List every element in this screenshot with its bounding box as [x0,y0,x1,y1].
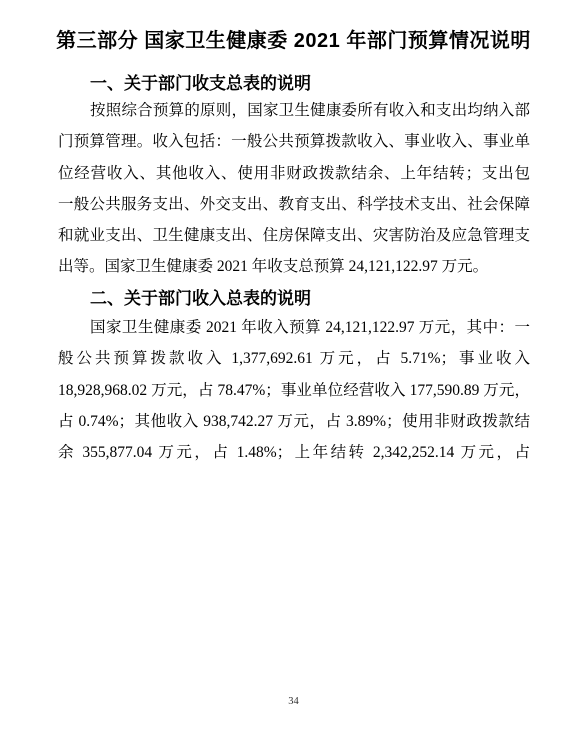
text-line: 出等。国家卫生健康委 2021 年收支总预算 24,121,122.97 万元。 [58,251,530,282]
text-line: 占 0.74%；其他收入 938,742.27 万元，占 3.89%；使用非财政… [58,406,530,437]
document-title: 第三部分 国家卫生健康委 2021 年部门预算情况说明 [0,26,587,57]
page-number: 34 [0,694,587,710]
paragraph-budget-overview: 按照综合预算的原则，国家卫生健康委所有收入和支出均纳入部 门预算管理。收入包括：… [58,95,530,283]
text-line: 位经营收入、其他收入、使用非财政拨款结余、上年结转；支出包括： [58,158,530,189]
text-line: 国家卫生健康委 2021 年收入预算 24,121,122.97 万元，其中：一 [58,312,530,343]
paragraph-income-overview: 国家卫生健康委 2021 年收入预算 24,121,122.97 万元，其中：一… [58,312,530,468]
text-line: 18,928,968.02 万元，占 78.47%；事业单位经营收入 177,5… [58,375,530,406]
text-line: 余 355,877.04 万元，占 1.48%；上年结转 2,342,252.1… [58,437,530,468]
section-heading-2: 二、关于部门收入总表的说明 [58,283,530,314]
document-page: 第三部分 国家卫生健康委 2021 年部门预算情况说明 一、关于部门收支总表的说… [0,0,587,736]
text-line: 和就业支出、卫生健康支出、住房保障支出、灾害防治及应急管理支 [58,220,530,251]
text-line: 一般公共服务支出、外交支出、教育支出、科学技术支出、社会保障 [58,189,530,220]
text-line: 按照综合预算的原则，国家卫生健康委所有收入和支出均纳入部 [58,95,530,126]
text-line: 般公共预算拨款收入 1,377,692.61 万元，占 5.71%；事业收入 [58,343,530,374]
text-line: 门预算管理。收入包括：一般公共预算拨款收入、事业收入、事业单 [58,126,530,157]
